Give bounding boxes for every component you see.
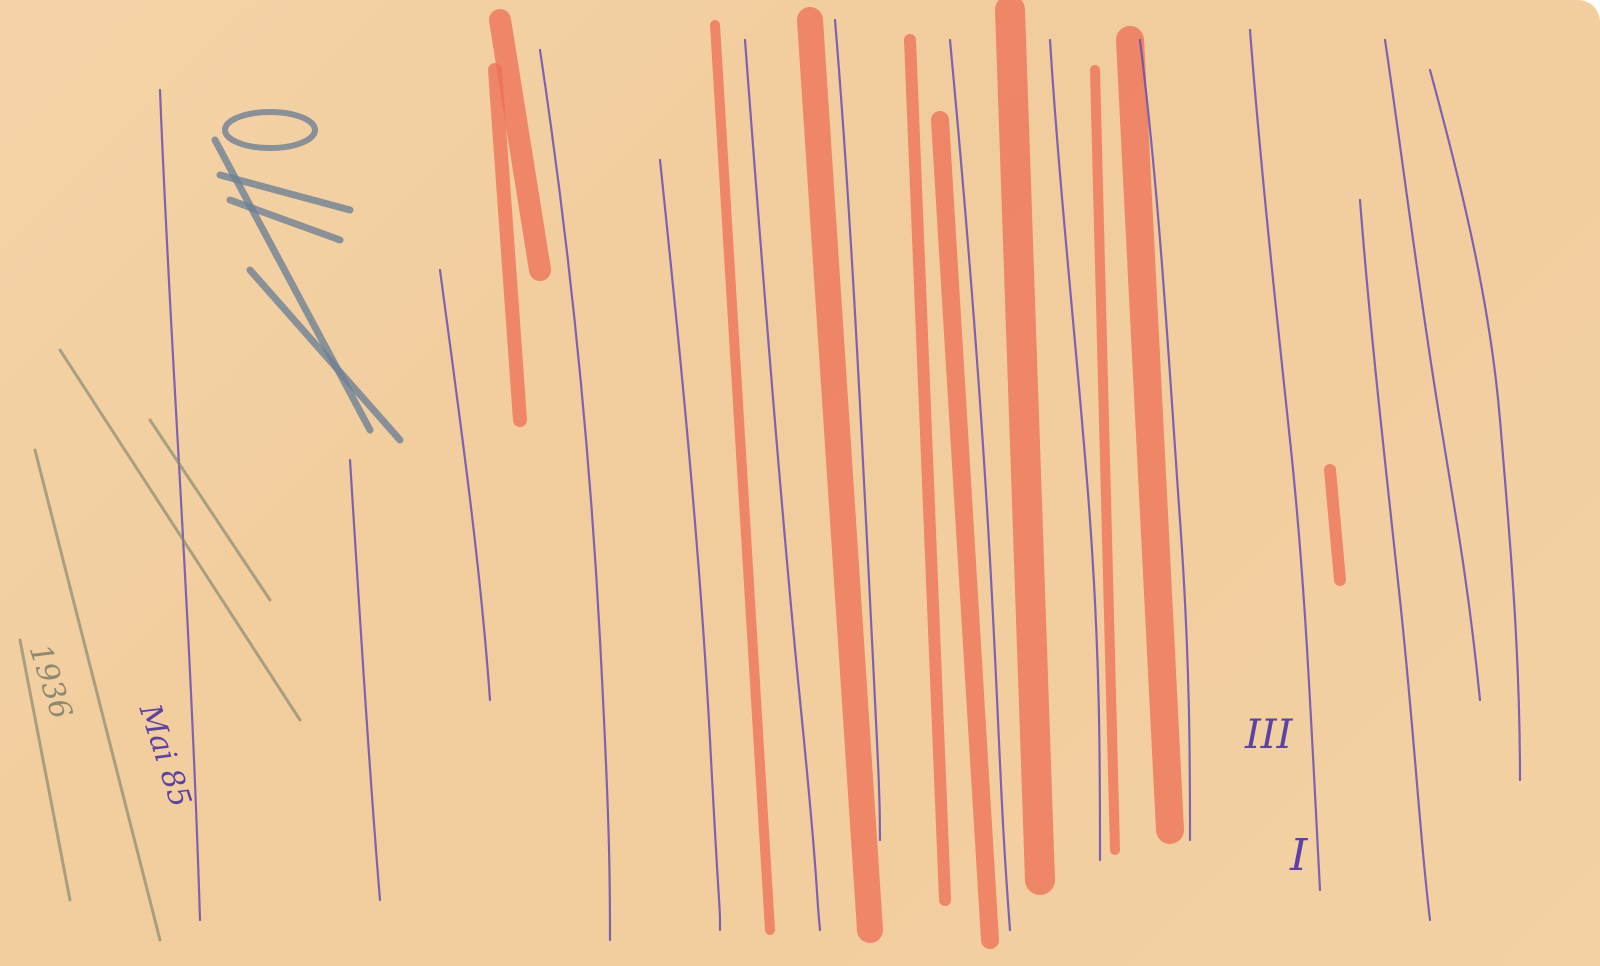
blue-signature: [215, 112, 400, 440]
red-crayon-strokes: [495, 10, 1340, 940]
pencil-annotations: [20, 350, 300, 940]
roman-numeral-one: I: [1290, 830, 1307, 881]
postcard-paper: III I Mai 85 1936: [0, 0, 1600, 966]
roman-numeral-three: III: [1245, 712, 1292, 758]
handwriting-layer: [0, 0, 1600, 966]
